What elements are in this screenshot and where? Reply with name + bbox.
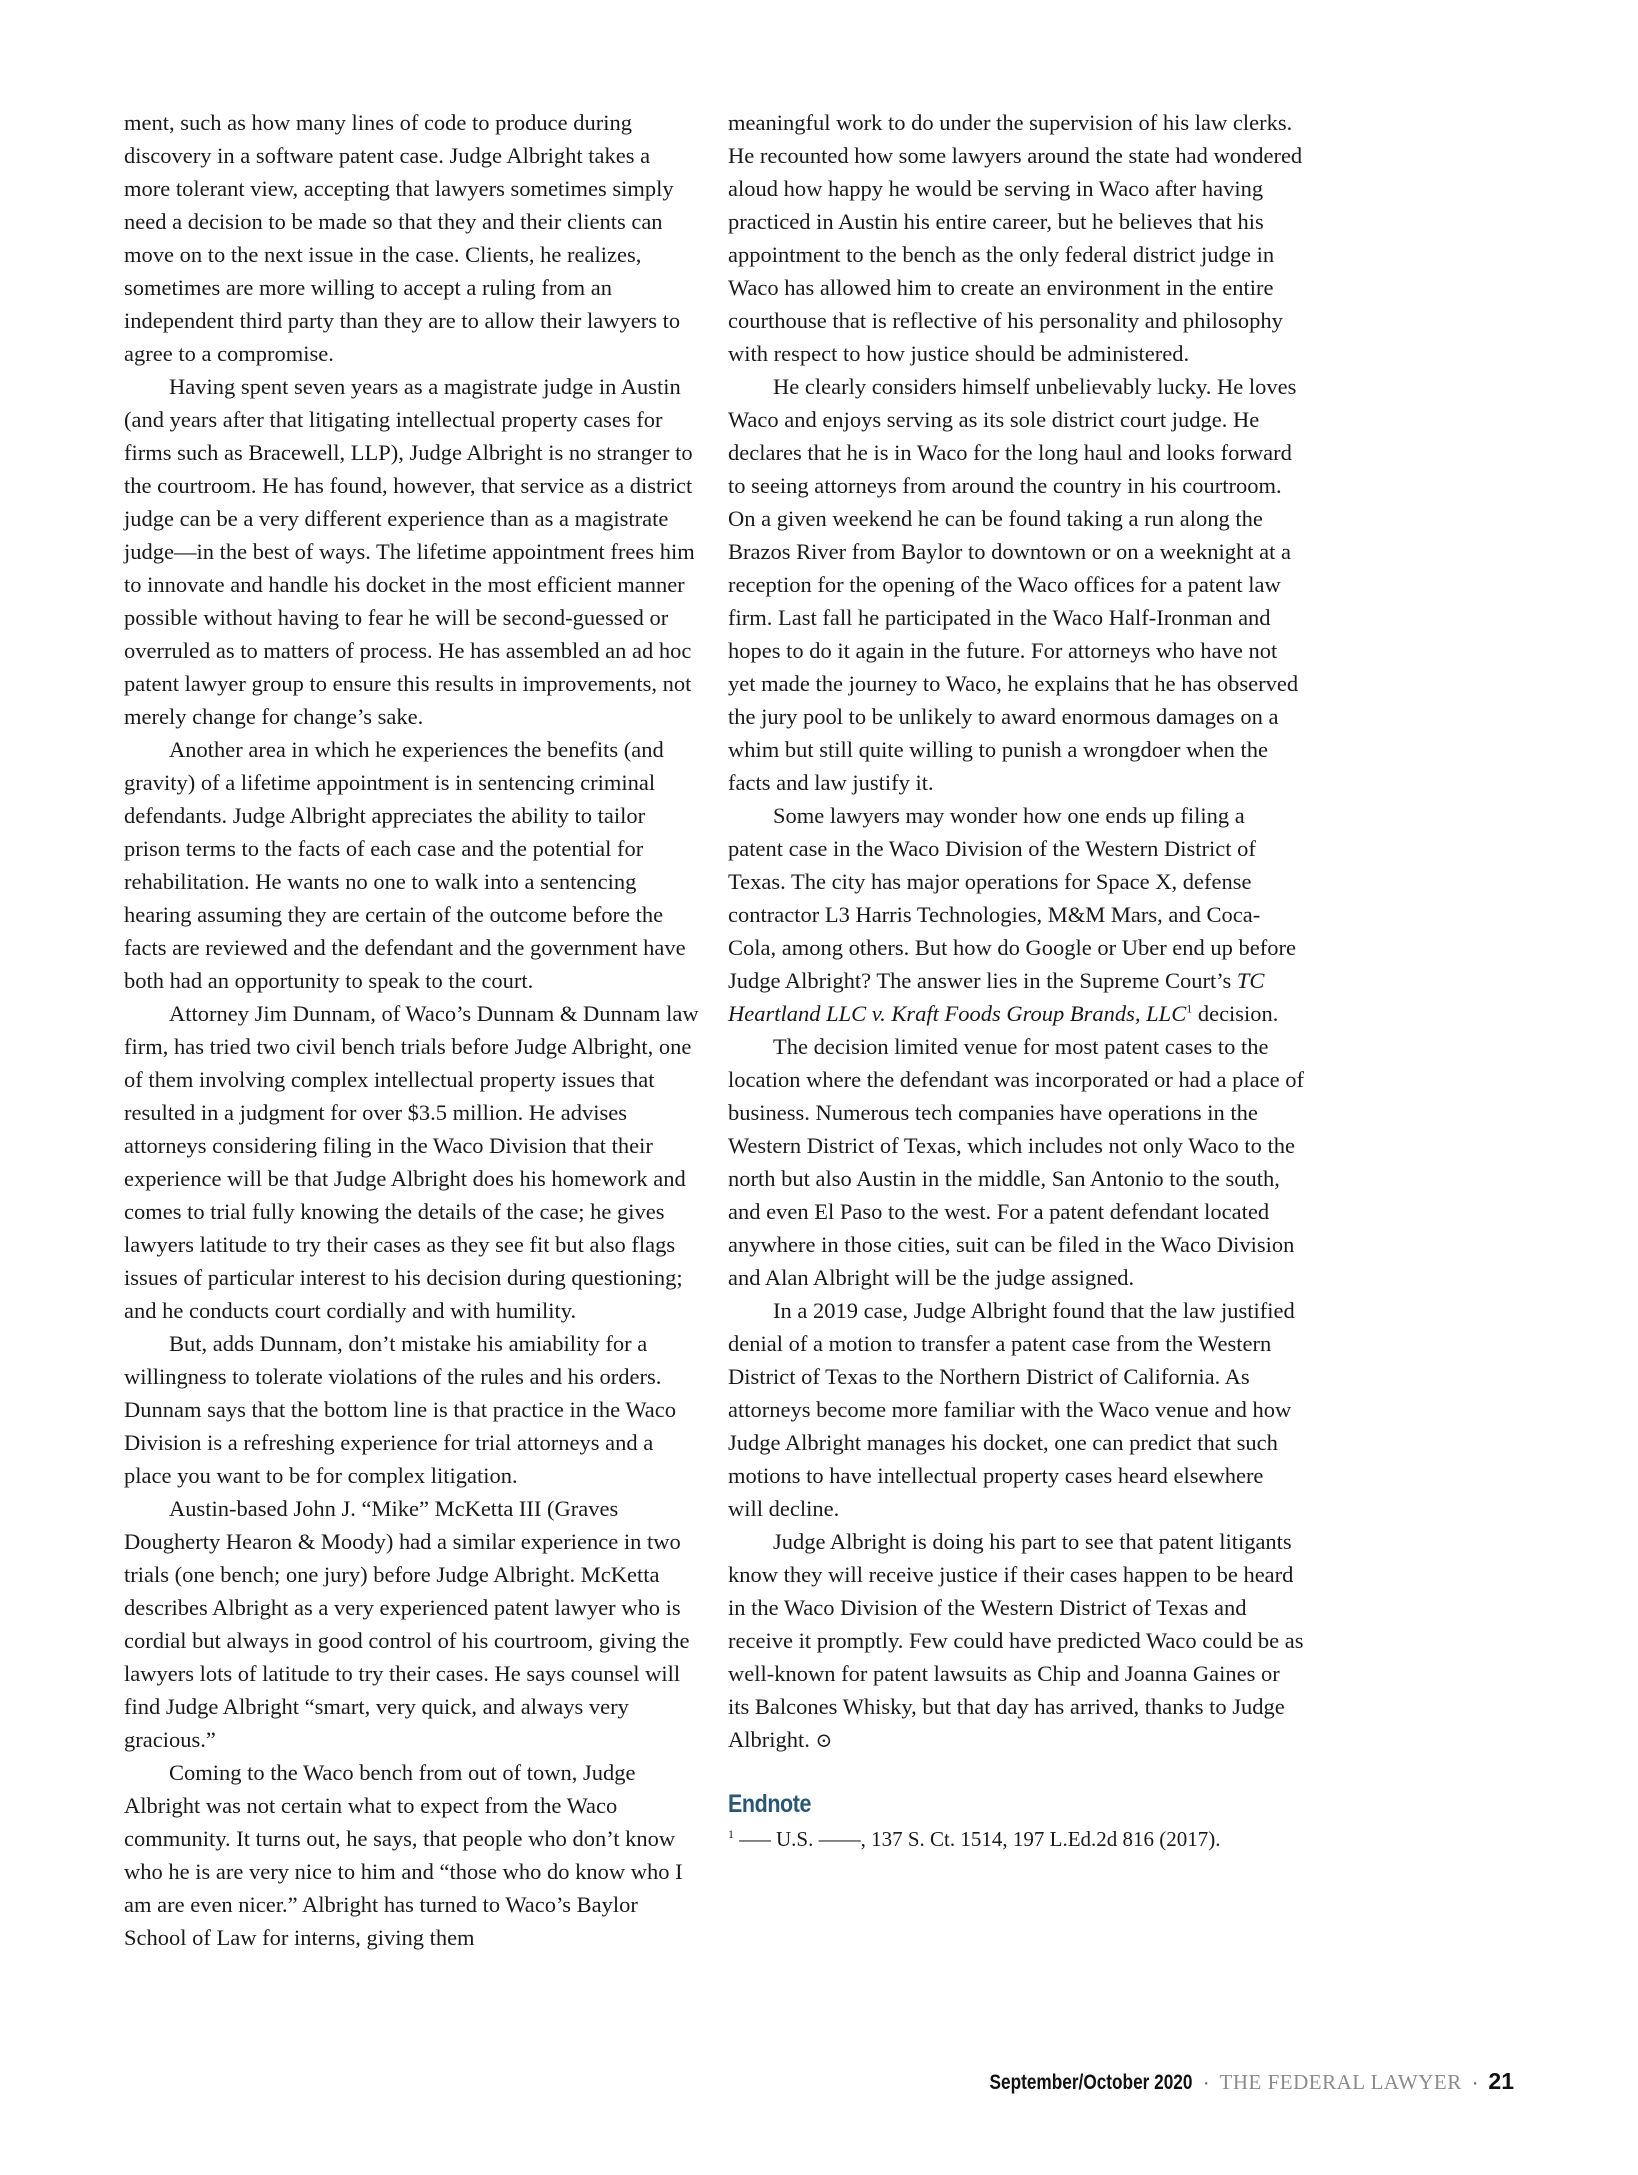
closing-paragraph: Judge Albright is doing his part to see … bbox=[728, 1525, 1304, 1758]
endnote-citation: ––– U.S. ––––, 137 S. Ct. 1514, 197 L.Ed… bbox=[739, 1827, 1220, 1851]
paragraph: In a 2019 case, Judge Albright found tha… bbox=[728, 1294, 1304, 1525]
endnote-heading: Endnote bbox=[728, 1788, 1223, 1821]
footer-separator: · bbox=[1203, 2071, 1210, 2094]
paragraph: ment, such as how many lines of code to … bbox=[124, 106, 700, 370]
endnote-item: 1 ––– U.S. ––––, 137 S. Ct. 1514, 197 L.… bbox=[728, 1823, 1304, 1856]
paragraph-text: decision. bbox=[1192, 1001, 1278, 1026]
paragraph: But, adds Dunnam, don’t mistake his amia… bbox=[124, 1327, 700, 1492]
publication-name: THE FEDERAL LAWYER bbox=[1220, 2070, 1462, 2094]
paragraph: He clearly considers himself unbelievabl… bbox=[728, 370, 1304, 799]
paragraph: Attorney Jim Dunnam, of Waco’s Dunnam & … bbox=[124, 997, 700, 1327]
paragraph-with-citation: Some lawyers may wonder how one ends up … bbox=[728, 799, 1304, 1030]
endnote-number: 1 bbox=[728, 1827, 734, 1841]
paragraph: meaningful work to do under the supervis… bbox=[728, 106, 1304, 370]
page-number: 21 bbox=[1488, 2068, 1514, 2094]
paragraph: Austin-based John J. “Mike” McKetta III … bbox=[124, 1492, 700, 1756]
issue-date: September/October 2020 bbox=[990, 2071, 1193, 2095]
paragraph: The decision limited venue for most pate… bbox=[728, 1030, 1304, 1294]
end-of-article-icon: ⊙ bbox=[816, 1730, 833, 1752]
paragraph: Another area in which he experiences the… bbox=[124, 733, 700, 997]
page-footer: September/October 2020 · THE FEDERAL LAW… bbox=[945, 2068, 1514, 2095]
paragraph: Having spent seven years as a magistrate… bbox=[124, 370, 700, 733]
paragraph-text: Judge Albright is doing his part to see … bbox=[728, 1529, 1304, 1752]
paragraph: Coming to the Waco bench from out of tow… bbox=[124, 1756, 700, 1954]
footer-separator: · bbox=[1472, 2071, 1479, 2094]
magazine-page: ment, such as how many lines of code to … bbox=[0, 0, 1638, 2175]
right-column: meaningful work to do under the supervis… bbox=[728, 106, 1304, 1856]
left-column: ment, such as how many lines of code to … bbox=[124, 106, 700, 1954]
paragraph-text: Some lawyers may wonder how one ends up … bbox=[728, 803, 1296, 993]
